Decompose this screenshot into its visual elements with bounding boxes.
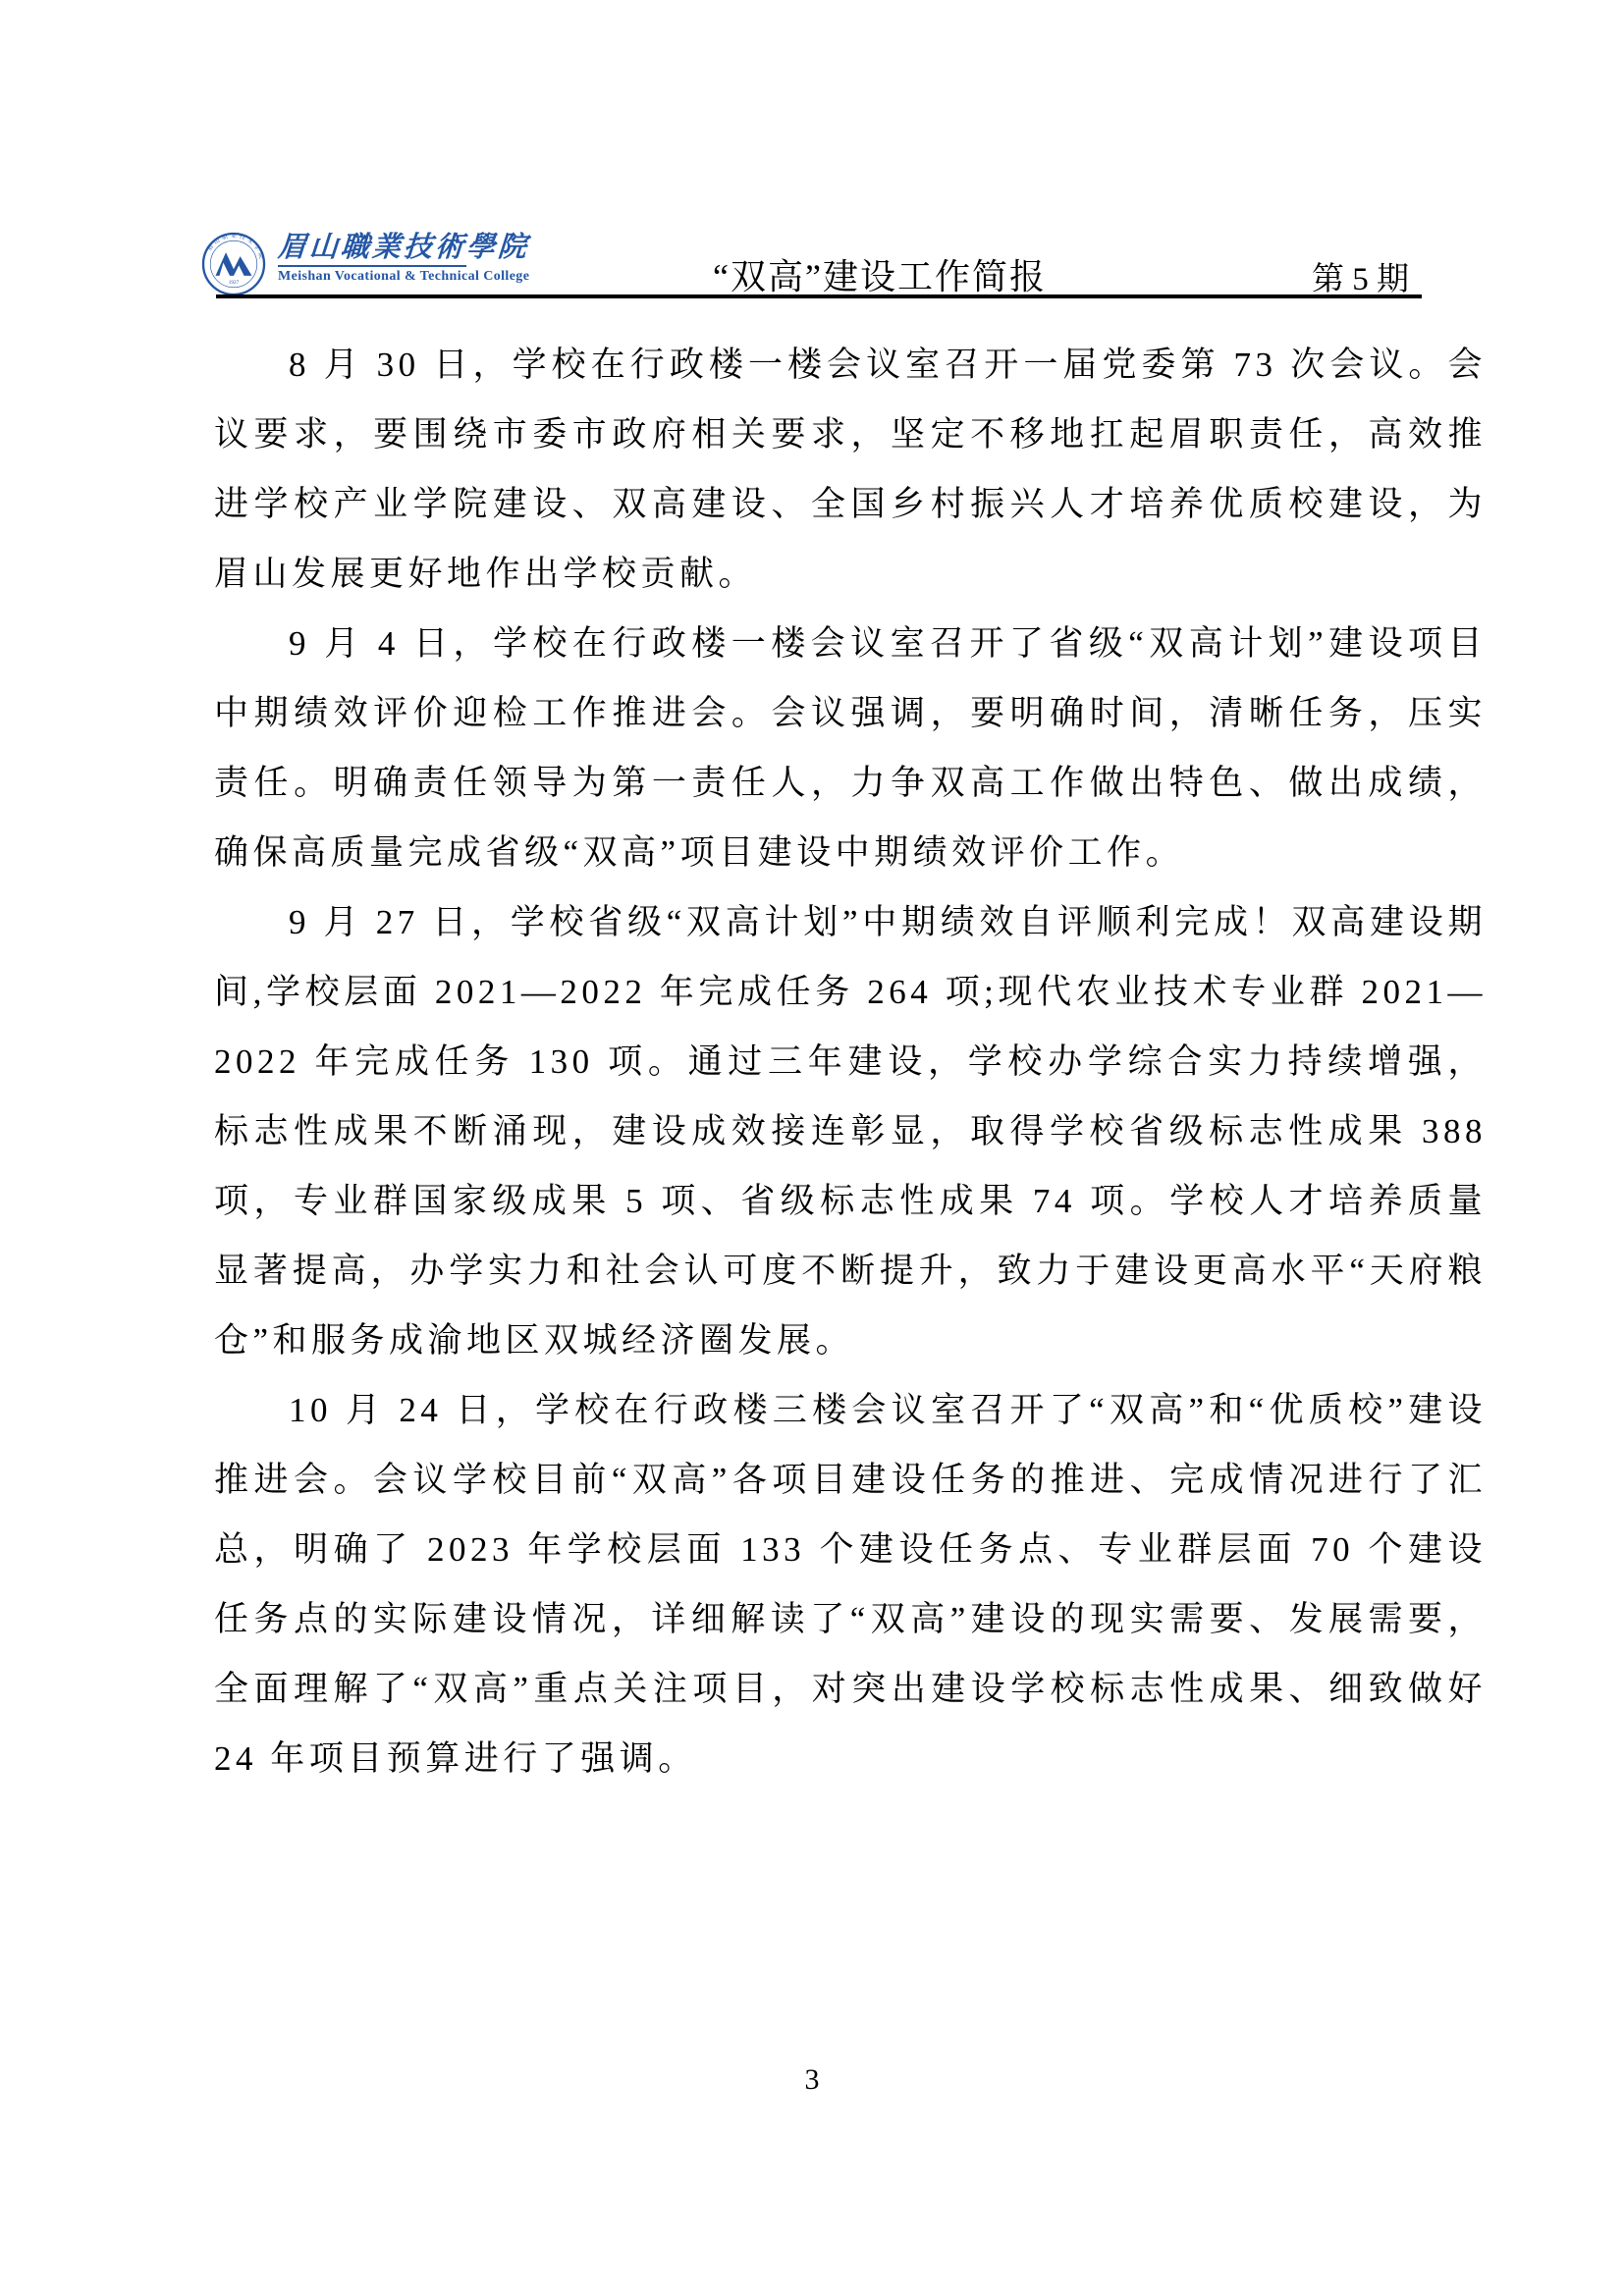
college-name-en: Meishan Vocational & Technical College [278, 269, 529, 285]
paragraph: 9 月 27 日，学校省级“双高计划”中期绩效自评顺利完成！双高建设期间,学校层… [214, 887, 1487, 1375]
paragraph: 9 月 4 日，学校在行政楼一楼会议室召开了省级“双高计划”建设项目中期绩效评价… [214, 609, 1487, 887]
page-number: 3 [0, 2063, 1624, 2097]
paragraph: 10 月 24 日，学校在行政楼三楼会议室召开了“双高”和“优质校”建设推进会。… [214, 1375, 1487, 1793]
college-logo-text: 眉山職業技術學院 Meishan Vocational & Technical … [278, 232, 529, 285]
emblem-year: 1927 [229, 280, 240, 286]
paragraph: 8 月 30 日，学校在行政楼一楼会议室召开一届党委第 73 次会议。会议要求，… [214, 330, 1487, 609]
header-rule [216, 294, 1422, 298]
logo-divider [278, 265, 466, 267]
college-name-zh: 眉山職業技術學院 [277, 232, 531, 263]
page-header: 眉山职业技术学院 1927 眉山職業技術學院 Meishan Vocationa… [0, 0, 1624, 304]
document-page: 眉山职业技术学院 1927 眉山職業技術學院 Meishan Vocationa… [0, 0, 1624, 2296]
issue-label: 第 5 期 [1312, 253, 1409, 299]
college-logo: 眉山职业技术学院 1927 眉山職業技術學院 Meishan Vocationa… [201, 232, 529, 296]
bulletin-title: “双高”建设工作简报 [713, 249, 1047, 299]
college-emblem-icon: 眉山职业技术学院 1927 [201, 232, 266, 296]
body-paragraphs: 8 月 30 日，学校在行政楼一楼会议室召开一届党委第 73 次会议。会议要求，… [214, 330, 1487, 1793]
